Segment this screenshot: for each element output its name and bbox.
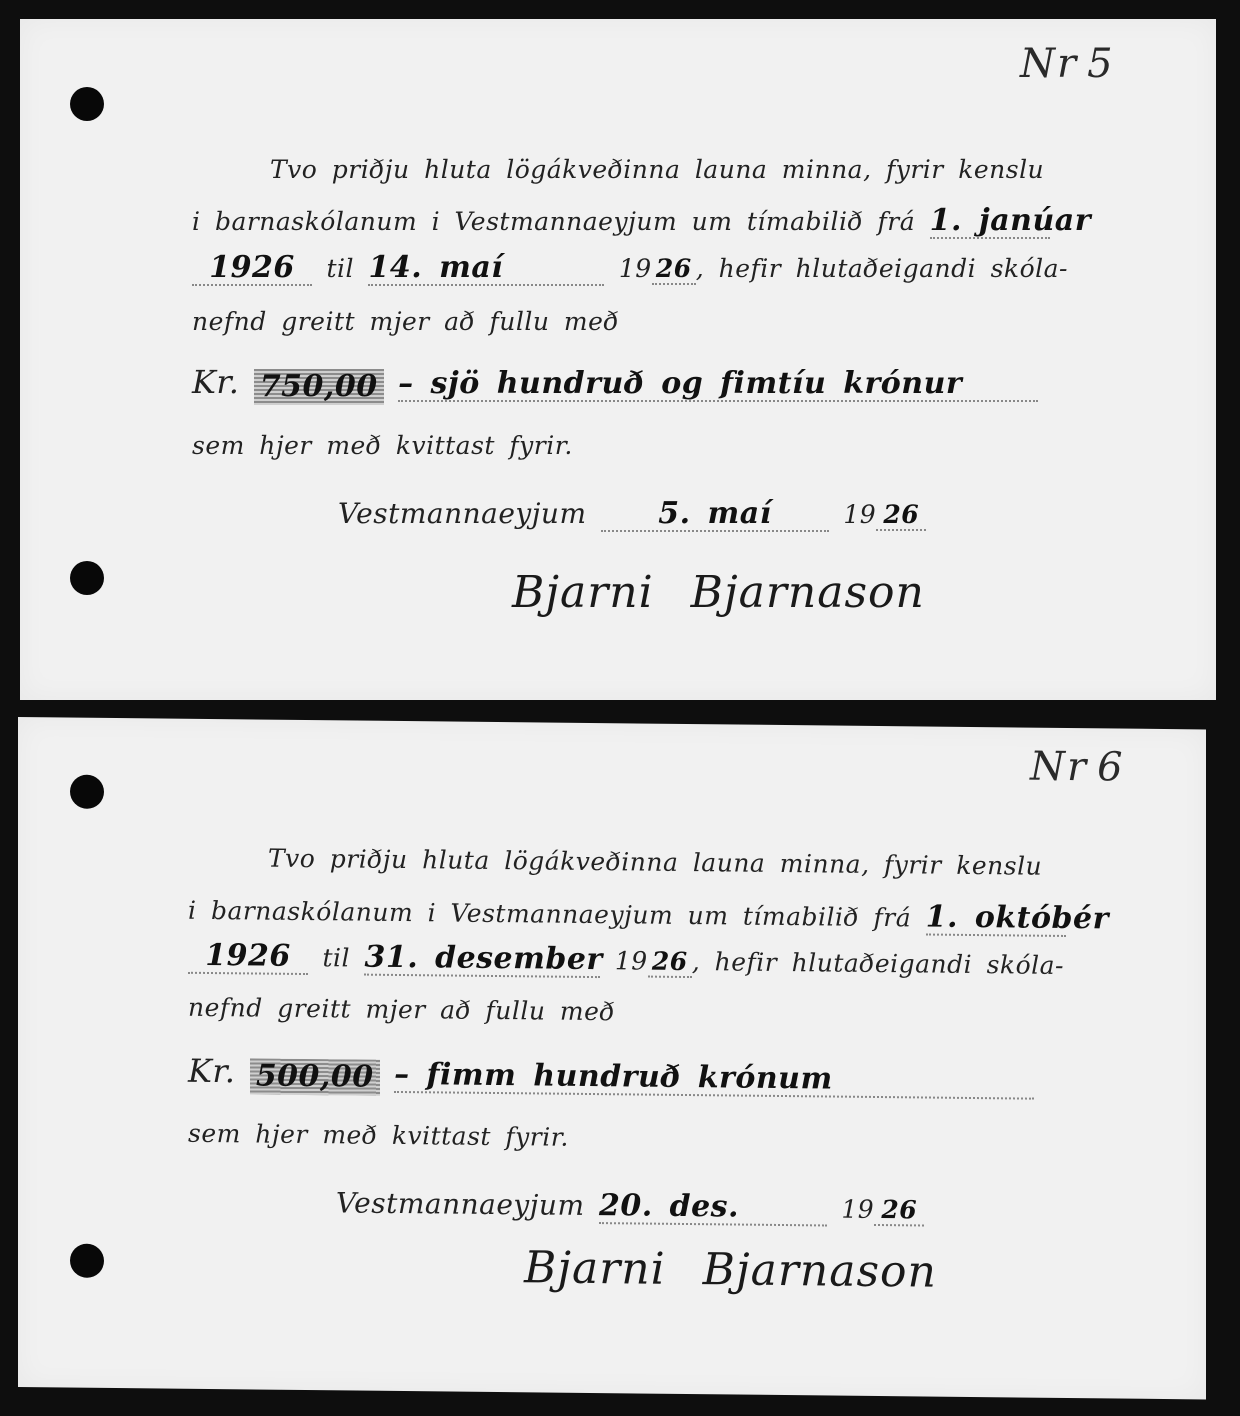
punch-hole [70,87,104,121]
signature: Bjarni Bjarnason [512,567,925,618]
text-line-3-suffix: , hefir hlutaðeigandi skóla- [696,254,1068,283]
to-date-field: 14. maí [368,251,604,286]
text-line-2: i barnaskólanum i Vestmannaeyjum um tíma… [192,204,1050,239]
text-line-3: 1926 til 14. maí 1926, hefir hlutaðeigan… [192,251,1068,286]
receipt-number: Nr 5 [1020,41,1115,87]
to-year-hand: 26 [656,255,692,283]
text-line-4: nefnd greitt mjer að fullu með [192,307,619,336]
sign-date-field: 20. des. [599,1189,827,1226]
amount-words: – fimm hundruð krónum [394,1058,833,1096]
number-value: 6 [1097,744,1124,790]
currency-label: Kr. [192,363,239,401]
to-year-hand: 26 [652,948,688,976]
from-date-field: 1. októbér [926,901,1066,937]
til-label: til [326,254,354,283]
sign-year-hand: 26 [883,501,919,529]
punch-hole [70,561,104,595]
sign-year-hand: 26 [881,1196,917,1224]
text-line-3-suffix: , hefir hlutaðeigandi skóla- [692,947,1064,980]
amount-box: 750,00 [254,369,384,405]
punch-hole [70,775,104,809]
sign-year-printed: 19 [841,1195,874,1224]
sign-date-field: 5. maí [601,497,829,532]
text-line-1: Tvo priðju hluta lögákveðinna launa minn… [270,155,1044,184]
place-date-line: Vestmannaeyjum 20. des. 1926 [336,1186,924,1227]
amount-value: 750,00 [260,369,378,405]
to-year-field: 26 [648,948,692,978]
amount-line: Kr. 750,00 – sjö hundruð og fimtíu krónu… [192,363,1038,405]
currency-label: Kr. [188,1052,235,1090]
til-label: til [322,943,350,972]
to-date-field: 31. desember [364,941,600,978]
sign-year-field: 26 [874,1196,924,1226]
to-year-printed: 19 [619,254,652,283]
amount-value: 500,00 [256,1058,374,1095]
to-year-printed: 19 [615,946,648,975]
receipt-page-5: Nr 5 Tvo priðju hluta lögákveðinna launa… [20,19,1216,700]
from-year: 1926 [205,939,291,973]
text-line-2: i barnaskólanum i Vestmannaeyjum um tíma… [188,893,1066,937]
sign-year-printed: 19 [843,500,876,529]
from-year-field: 1926 [188,939,308,975]
amount-line: Kr. 500,00 – fimm hundruð krónum [188,1052,1034,1102]
place-date-line: Vestmannaeyjum 5. maí 1926 [338,497,926,532]
punch-hole [70,1244,104,1278]
text-line-6: sem hjer með kvittast fyrir. [192,431,573,460]
to-year-field: 26 [652,255,696,285]
receipt-number: Nr 6 [1030,744,1125,791]
receipt-page-6: Nr 6 Tvo priðju hluta lögákveðinna launa… [18,717,1206,1399]
from-year: 1926 [209,251,295,284]
sign-year-field: 26 [876,501,926,531]
signature: Bjarni Bjarnason [524,1242,937,1297]
text-line-1: Tvo priðju hluta lögákveðinna launa minn… [268,844,1042,881]
sign-date: 5. maí [658,497,771,530]
amount-box: 500,00 [250,1058,380,1095]
number-prefix: Nr [1020,41,1078,87]
place-label: Vestmannaeyjum [336,1186,585,1222]
from-date: 1. októbér [926,901,1109,936]
amount-words-field: – sjö hundruð og fimtíu krónur [398,367,1038,402]
number-value: 5 [1087,41,1114,87]
to-date: 14. maí [368,251,503,284]
to-date: 31. desember [364,941,602,976]
amount-words-field: – fimm hundruð krónum [394,1058,1034,1100]
period-label: i barnaskólanum i Vestmannaeyjum um tíma… [188,896,911,933]
number-prefix: Nr [1030,744,1088,791]
amount-words: – sjö hundruð og fimtíu krónur [398,367,962,400]
text-line-3: 1926 til 31. desember 1926, hefir hlutað… [188,939,1064,983]
from-date: 1. janúar [930,204,1091,237]
text-line-6: sem hjer með kvittast fyrir. [188,1119,569,1152]
place-label: Vestmannaeyjum [338,497,587,530]
sign-date: 20. des. [599,1189,739,1223]
from-year-field: 1926 [192,251,312,286]
period-label: i barnaskólanum i Vestmannaeyjum um tíma… [192,207,915,236]
from-date-field: 1. janúar [930,204,1050,239]
text-line-4: nefnd greitt mjer að fullu með [188,993,615,1026]
